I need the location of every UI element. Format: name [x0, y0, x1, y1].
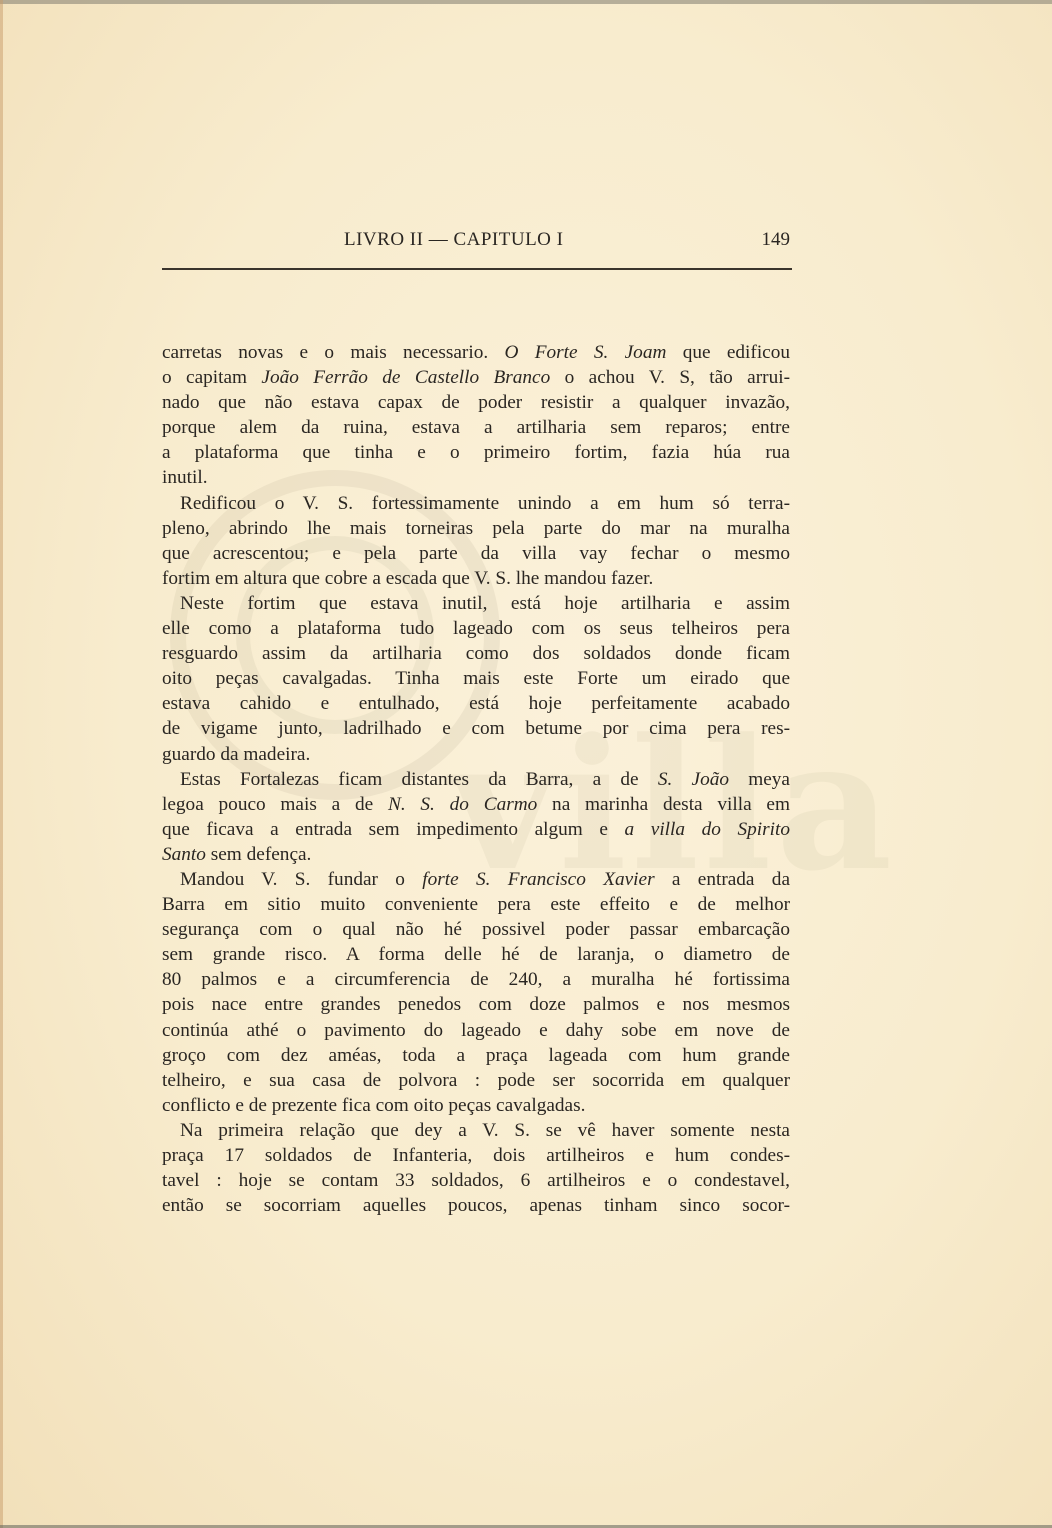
running-title: LIVRO II — CAPITULO I [344, 229, 563, 251]
text-segment: sem grande risco. A forma delle hé de la… [162, 944, 790, 965]
text-segment: pois nace entre grandes penedos com doze… [162, 994, 790, 1015]
text-segment: estava cahido e entulhado, está hoje per… [162, 693, 790, 714]
text-segment: tavel : hoje se contam 33 soldados, 6 ar… [162, 1170, 790, 1191]
text-segment: a entrada da [655, 869, 790, 890]
text-line: tavel : hoje se contam 33 soldados, 6 ar… [162, 1168, 790, 1193]
text-line: Neste fortim que estava inutil, está hoj… [162, 591, 790, 616]
text-segment: segurança com o qual não hé possivel pod… [162, 919, 790, 940]
text-segment: oito peças cavalgadas. Tinha mais este F… [162, 668, 790, 689]
text-segment: o capitam [162, 367, 261, 388]
text-segment: nado que não estava capax de poder resis… [162, 392, 790, 413]
text-line: segurança com o qual não hé possivel pod… [162, 917, 790, 942]
text-segment: praça 17 soldados de Infanteria, dois ar… [162, 1145, 790, 1166]
text-line: de vigame junto, ladrilhado e com betume… [162, 716, 790, 741]
text-segment: fortim em altura que cobre a escada que … [162, 568, 653, 589]
text-line: elle como a plataforma tudo lageado com … [162, 616, 790, 641]
text-line: nado que não estava capax de poder resis… [162, 390, 790, 415]
text-segment: na marinha desta villa em [537, 794, 790, 815]
text-line: resguardo assim da artilharia como dos s… [162, 641, 790, 666]
text-segment: meya [729, 769, 790, 790]
text-line: oito peças cavalgadas. Tinha mais este F… [162, 666, 790, 691]
text-line: Santo sem defença. [162, 842, 790, 867]
italic-text: O Forte S. Joam [504, 342, 666, 363]
text-line: que acrescentou; e pela parte da villa v… [162, 541, 790, 566]
text-segment: que acrescentou; e pela parte da villa v… [162, 543, 790, 564]
text-segment: carretas novas e o mais necessario. [162, 342, 504, 363]
text-segment: porque alem da ruina, estava a artilhari… [162, 417, 790, 438]
text-segment: groço com dez améas, toda a praça lagead… [162, 1045, 790, 1066]
text-segment: então se socorriam aquelles poucos, apen… [162, 1195, 790, 1216]
page-top-edge [0, 0, 1052, 4]
italic-text: Santo [162, 844, 206, 865]
text-line: legoa pouco mais a de N. S. do Carmo na … [162, 792, 790, 817]
italic-text: S. João [658, 769, 729, 790]
text-line: Na primeira relação que dey a V. S. se v… [162, 1118, 790, 1143]
text-segment: pleno, abrindo lhe mais torneiras pela p… [162, 518, 790, 539]
text-segment: sem defença. [206, 844, 311, 865]
text-segment: Estas Fortalezas ficam distantes da Barr… [180, 769, 658, 790]
text-line: guardo da madeira. [162, 742, 790, 767]
text-segment: guardo da madeira. [162, 744, 310, 765]
italic-text: N. S. do Carmo [388, 794, 537, 815]
text-line: que ficava a entrada sem impedimento alg… [162, 817, 790, 842]
text-segment: que edificou [666, 342, 790, 363]
italic-text: a villa do Spirito [625, 819, 790, 840]
text-segment: Mandou V. S. fundar o [180, 869, 422, 890]
text-line: pleno, abrindo lhe mais torneiras pela p… [162, 516, 790, 541]
page-number: 149 [762, 229, 791, 251]
italic-text: João Ferrão de Castello Branco [261, 367, 550, 388]
text-line: Barra em sitio muito conveniente pera es… [162, 892, 790, 917]
text-line: pois nace entre grandes penedos com doze… [162, 992, 790, 1017]
text-segment: elle como a plataforma tudo lageado com … [162, 618, 790, 639]
text-segment: Redificou o V. S. fortessimamente unindo… [180, 493, 790, 514]
text-segment: de vigame junto, ladrilhado e com betume… [162, 718, 790, 739]
text-line: groço com dez améas, toda a praça lagead… [162, 1043, 790, 1068]
running-head: LIVRO II — CAPITULO I 149 [162, 229, 792, 257]
page-left-edge [0, 0, 3, 1528]
text-segment: 80 palmos e a circumferencia de 240, a m… [162, 969, 790, 990]
text-line: a plataforma que tinha e o primeiro fort… [162, 440, 790, 465]
text-line: porque alem da ruina, estava a artilhari… [162, 415, 790, 440]
text-line: sem grande risco. A forma delle hé de la… [162, 942, 790, 967]
text-segment: Neste fortim que estava inutil, está hoj… [180, 593, 790, 614]
text-segment: a plataforma que tinha e o primeiro fort… [162, 442, 790, 463]
text-segment: Na primeira relação que dey a V. S. se v… [180, 1120, 790, 1141]
text-line: conflicto e de prezente fica com oito pe… [162, 1093, 790, 1118]
text-segment: resguardo assim da artilharia como dos s… [162, 643, 790, 664]
text-segment: telheiro, e sua casa de polvora : pode s… [162, 1070, 790, 1091]
text-line: carretas novas e o mais necessario. O Fo… [162, 340, 790, 365]
text-line: praça 17 soldados de Infanteria, dois ar… [162, 1143, 790, 1168]
text-line: então se socorriam aquelles poucos, apen… [162, 1193, 790, 1218]
text-segment: o achou V. S, tão arrui- [550, 367, 790, 388]
body-text: carretas novas e o mais necessario. O Fo… [162, 340, 790, 1218]
text-line: o capitam João Ferrão de Castello Branco… [162, 365, 790, 390]
text-line: Redificou o V. S. fortessimamente unindo… [162, 491, 790, 516]
text-segment: continúa athé o pavimento do lageado e d… [162, 1020, 790, 1041]
text-line: Estas Fortalezas ficam distantes da Barr… [162, 767, 790, 792]
text-line: estava cahido e entulhado, está hoje per… [162, 691, 790, 716]
italic-text: forte S. Francisco Xavier [422, 869, 654, 890]
text-line: inutil. [162, 465, 790, 490]
text-line: Mandou V. S. fundar o forte S. Francisco… [162, 867, 790, 892]
text-segment: que ficava a entrada sem impedimento alg… [162, 819, 625, 840]
text-line: fortim em altura que cobre a escada que … [162, 566, 790, 591]
book-page: villa LIVRO II — CAPITULO I 149 carretas… [0, 0, 1052, 1528]
text-segment: inutil. [162, 467, 208, 488]
text-line: continúa athé o pavimento do lageado e d… [162, 1018, 790, 1043]
text-segment: legoa pouco mais a de [162, 794, 388, 815]
header-rule [162, 268, 792, 270]
text-line: telheiro, e sua casa de polvora : pode s… [162, 1068, 790, 1093]
text-segment: Barra em sitio muito conveniente pera es… [162, 894, 790, 915]
text-segment: conflicto e de prezente fica com oito pe… [162, 1095, 585, 1116]
text-line: 80 palmos e a circumferencia de 240, a m… [162, 967, 790, 992]
